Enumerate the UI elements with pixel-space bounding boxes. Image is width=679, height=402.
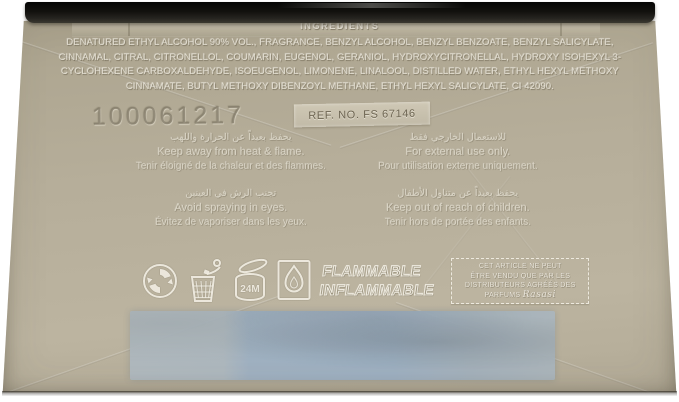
- green-dot-recycling-icon: [141, 262, 179, 300]
- warning-french: Pour utilisation externe uniquement.: [352, 160, 564, 174]
- box-top-edge: [25, 2, 655, 23]
- warning-avoid-eyes: تجنب الرش في العينين Avoid spraying in e…: [103, 187, 359, 230]
- warning-french: Évitez de vaporiser dans les yeux.: [103, 216, 359, 230]
- batch-number: 100061217: [92, 101, 244, 132]
- warnings-left-column: يحفظ بعيداً عن الحرارة واللهب Keep away …: [103, 131, 359, 243]
- pao-24m-label: 24M: [240, 284, 259, 295]
- flammable-icon: [276, 257, 312, 305]
- ingredients-line: CYCLOHEXENE CARBOXALDEHYDE, ISOEUGENOL, …: [20, 65, 660, 80]
- period-after-opening-icon: 24M: [231, 257, 271, 305]
- flammable-label: FLAMMABLE INFLAMMABLE: [318, 262, 438, 300]
- warning-english: Keep out of reach of children.: [352, 201, 564, 216]
- tidyman-dispose-icon: [184, 257, 226, 305]
- blue-label-strip: [130, 311, 555, 380]
- ingredients-line: CINNAMATE, BUTYL METHOXY DIBENZOYL METHA…: [20, 80, 660, 95]
- warning-arabic: تجنب الرش في العينين: [103, 187, 359, 201]
- warning-arabic: يحفظ بعيداً عن الحرارة واللهب: [103, 131, 359, 145]
- warning-english: Avoid spraying in eyes.: [103, 201, 359, 216]
- notice-line: PARFUMS Rasasi: [454, 291, 586, 301]
- ingredients-panel: INGREDIENTS DENATURED ETHYL ALCOHOL 90% …: [20, 21, 660, 94]
- authorized-distributor-notice: CET ARTICLE NE PEUT ÊTRE VENDU QUE PAR L…: [451, 258, 589, 304]
- warnings-right-column: للاستعمال الخارجي فقط For external use o…: [352, 131, 564, 243]
- product-photo: INGREDIENTS DENATURED ETHYL ALCOHOL 90% …: [0, 0, 679, 402]
- warning-heat-flame: يحفظ بعيداً عن الحرارة واللهب Keep away …: [103, 131, 359, 174]
- warning-arabic: للاستعمال الخارجي فقط: [352, 131, 564, 145]
- warning-french: Tenir hors de portée des enfants.: [352, 216, 564, 230]
- ingredients-line: DENATURED ETHYL ALCOHOL 90% VOL., FRAGRA…: [20, 36, 660, 51]
- ref-no-plate: REF. NO. FS 67146: [294, 102, 430, 128]
- ingredients-line: CINNAMAL, CITRAL, CITRONELLOL, COUMARIN,…: [20, 51, 660, 66]
- notice-line: CET ARTICLE NE PEUT: [454, 262, 586, 272]
- notice-parfums-label: PARFUMS: [485, 292, 521, 299]
- warning-arabic: يحفظ بعيداً عن متناول الأطفال: [352, 187, 564, 201]
- flammable-label-en: FLAMMABLE: [321, 262, 438, 281]
- symbols-row: 24M FLAMMABLE INFLAMMABLE CET ARTICLE NE…: [141, 254, 589, 308]
- brand-signature: Rasasi: [523, 290, 556, 300]
- box-bottom-edge: [2, 391, 677, 396]
- warning-english: Keep away from heat & flame.: [103, 145, 359, 160]
- warning-french: Tenir éloigné de la chaleur et des flamm…: [103, 160, 359, 174]
- box-back-panel: INGREDIENTS DENATURED ETHYL ALCOHOL 90% …: [0, 0, 679, 402]
- notice-line: ÊTRE VENDU QUE PAR LES: [454, 272, 586, 282]
- ref-no-label: REF. NO. FS 67146: [308, 107, 416, 121]
- warning-external-use: للاستعمال الخارجي فقط For external use o…: [352, 131, 564, 174]
- warning-children: يحفظ بعيداً عن متناول الأطفال Keep out o…: [352, 187, 564, 230]
- warning-english: For external use only.: [352, 145, 564, 160]
- notice-line: DISTRIBUTEURS AGRÉÉS DES: [454, 281, 586, 291]
- flammable-label-fr: INFLAMMABLE: [318, 281, 435, 300]
